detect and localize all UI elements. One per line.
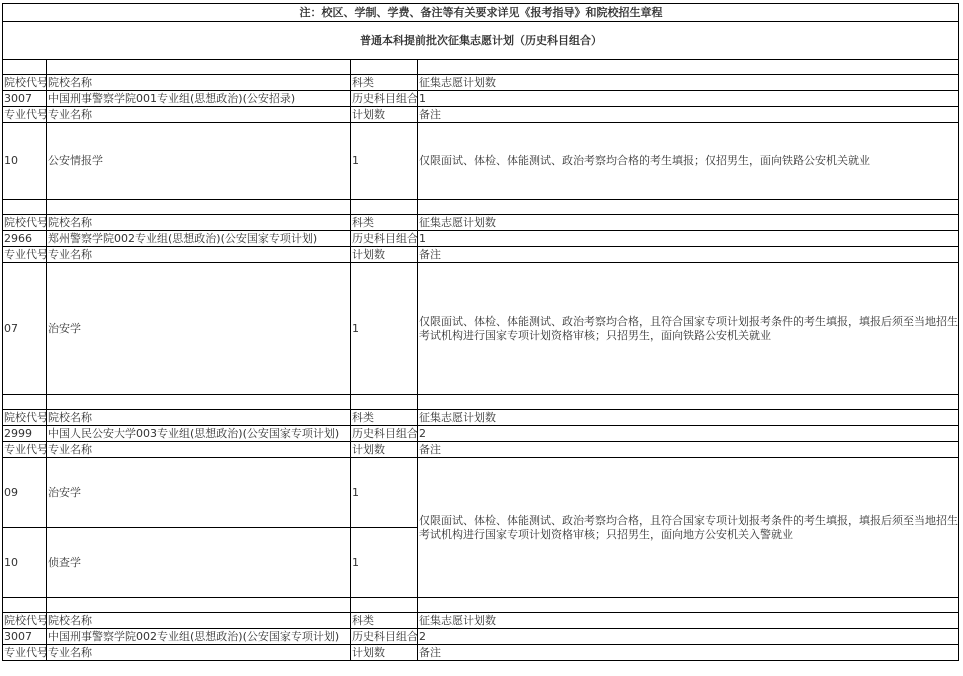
category-label: 科类 <box>351 613 418 629</box>
plan-count-label: 征集志愿计划数 <box>418 215 959 231</box>
major-code: 10 <box>3 528 47 598</box>
major-name: 侦查学 <box>47 528 351 598</box>
major-name: 公安情报学 <box>47 123 351 200</box>
remarks-label: 备注 <box>418 107 959 123</box>
major-count: 1 <box>351 528 418 598</box>
school-name-label: 院校名称 <box>47 410 351 426</box>
note-row: 注：校区、学制、学费、备注等有关要求详见《报考指导》和院校招生章程 <box>3 4 959 22</box>
major-name-label: 专业名称 <box>47 247 351 263</box>
major-name: 治安学 <box>47 458 351 528</box>
school-code-label: 院校代号 <box>3 410 47 426</box>
major-name-label: 专业名称 <box>47 107 351 123</box>
major-header-row: 专业代号 专业名称 计划数 备注 <box>3 645 959 661</box>
major-name-label: 专业名称 <box>47 442 351 458</box>
plan-count: 1 <box>418 231 959 247</box>
enrollment-plan-table: 注：校区、学制、学费、备注等有关要求详见《报考指导》和院校招生章程 普通本科提前… <box>2 3 959 661</box>
remarks: 仅限面试、体检、体能测试、政治考察均合格的考生填报；仅招男生，面向铁路公安机关就… <box>418 123 959 200</box>
plan-count-label: 征集志愿计划数 <box>418 613 959 629</box>
school-row: 2966 郑州警察学院002专业组(思想政治)(公安国家专项计划) 历史科目组合… <box>3 231 959 247</box>
plan-count: 2 <box>418 426 959 442</box>
spacer-row <box>3 598 959 613</box>
remarks: 仅限面试、体检、体能测试、政治考察均合格，且符合国家专项计划报考条件的考生填报，… <box>418 263 959 395</box>
major-code-label: 专业代号 <box>3 645 47 661</box>
school-name: 中国刑事警察学院001专业组(思想政治)(公安招录) <box>47 91 351 107</box>
major-count: 1 <box>351 123 418 200</box>
category: 历史科目组合 <box>351 231 418 247</box>
plan-count: 1 <box>418 91 959 107</box>
plan-count: 2 <box>418 629 959 645</box>
school-header-row: 院校代号 院校名称 科类 征集志愿计划数 <box>3 613 959 629</box>
school-row: 2999 中国人民公安大学003专业组(思想政治)(公安国家专项计划) 历史科目… <box>3 426 959 442</box>
spacer-row <box>3 395 959 410</box>
major-code: 09 <box>3 458 47 528</box>
school-row: 3007 中国刑事警察学院002专业组(思想政治)(公安国家专项计划) 历史科目… <box>3 629 959 645</box>
remarks-label: 备注 <box>418 645 959 661</box>
major-header-row: 专业代号 专业名称 计划数 备注 <box>3 107 959 123</box>
school-name-label: 院校名称 <box>47 75 351 91</box>
category: 历史科目组合 <box>351 91 418 107</box>
school-code: 2999 <box>3 426 47 442</box>
major-count: 1 <box>351 458 418 528</box>
major-header-row: 专业代号 专业名称 计划数 备注 <box>3 442 959 458</box>
spacer-row <box>3 200 959 215</box>
school-code: 2966 <box>3 231 47 247</box>
category: 历史科目组合 <box>351 629 418 645</box>
major-row: 07 治安学 1 仅限面试、体检、体能测试、政治考察均合格，且符合国家专项计划报… <box>3 263 959 395</box>
major-code-label: 专业代号 <box>3 247 47 263</box>
remarks-label: 备注 <box>418 247 959 263</box>
spacer-row <box>3 60 959 75</box>
school-name-label: 院校名称 <box>47 215 351 231</box>
school-name: 郑州警察学院002专业组(思想政治)(公安国家专项计划) <box>47 231 351 247</box>
major-count: 1 <box>351 263 418 395</box>
major-count-label: 计划数 <box>351 247 418 263</box>
major-code: 10 <box>3 123 47 200</box>
school-header-row: 院校代号 院校名称 科类 征集志愿计划数 <box>3 75 959 91</box>
major-name-label: 专业名称 <box>47 645 351 661</box>
major-count-label: 计划数 <box>351 442 418 458</box>
major-code-label: 专业代号 <box>3 442 47 458</box>
school-code-label: 院校代号 <box>3 75 47 91</box>
category-label: 科类 <box>351 410 418 426</box>
school-name: 中国人民公安大学003专业组(思想政治)(公安国家专项计划) <box>47 426 351 442</box>
school-code: 3007 <box>3 91 47 107</box>
major-code-label: 专业代号 <box>3 107 47 123</box>
major-row: 09 治安学 1 仅限面试、体检、体能测试、政治考察均合格，且符合国家专项计划报… <box>3 458 959 528</box>
page-title: 普通本科提前批次征集志愿计划（历史科目组合） <box>3 22 959 60</box>
major-row: 10 公安情报学 1 仅限面试、体检、体能测试、政治考察均合格的考生填报；仅招男… <box>3 123 959 200</box>
remarks: 仅限面试、体检、体能测试、政治考察均合格，且符合国家专项计划报考条件的考生填报，… <box>418 458 959 598</box>
school-header-row: 院校代号 院校名称 科类 征集志愿计划数 <box>3 410 959 426</box>
major-header-row: 专业代号 专业名称 计划数 备注 <box>3 247 959 263</box>
plan-count-label: 征集志愿计划数 <box>418 75 959 91</box>
school-name-label: 院校名称 <box>47 613 351 629</box>
note-text: 注：校区、学制、学费、备注等有关要求详见《报考指导》和院校招生章程 <box>3 4 959 22</box>
school-code-label: 院校代号 <box>3 215 47 231</box>
title-row: 普通本科提前批次征集志愿计划（历史科目组合） <box>3 22 959 60</box>
category-label: 科类 <box>351 75 418 91</box>
school-header-row: 院校代号 院校名称 科类 征集志愿计划数 <box>3 215 959 231</box>
category-label: 科类 <box>351 215 418 231</box>
major-count-label: 计划数 <box>351 645 418 661</box>
major-name: 治安学 <box>47 263 351 395</box>
major-count-label: 计划数 <box>351 107 418 123</box>
school-name: 中国刑事警察学院002专业组(思想政治)(公安国家专项计划) <box>47 629 351 645</box>
major-code: 07 <box>3 263 47 395</box>
school-code-label: 院校代号 <box>3 613 47 629</box>
school-row: 3007 中国刑事警察学院001专业组(思想政治)(公安招录) 历史科目组合 1 <box>3 91 959 107</box>
category: 历史科目组合 <box>351 426 418 442</box>
remarks-label: 备注 <box>418 442 959 458</box>
plan-count-label: 征集志愿计划数 <box>418 410 959 426</box>
school-code: 3007 <box>3 629 47 645</box>
